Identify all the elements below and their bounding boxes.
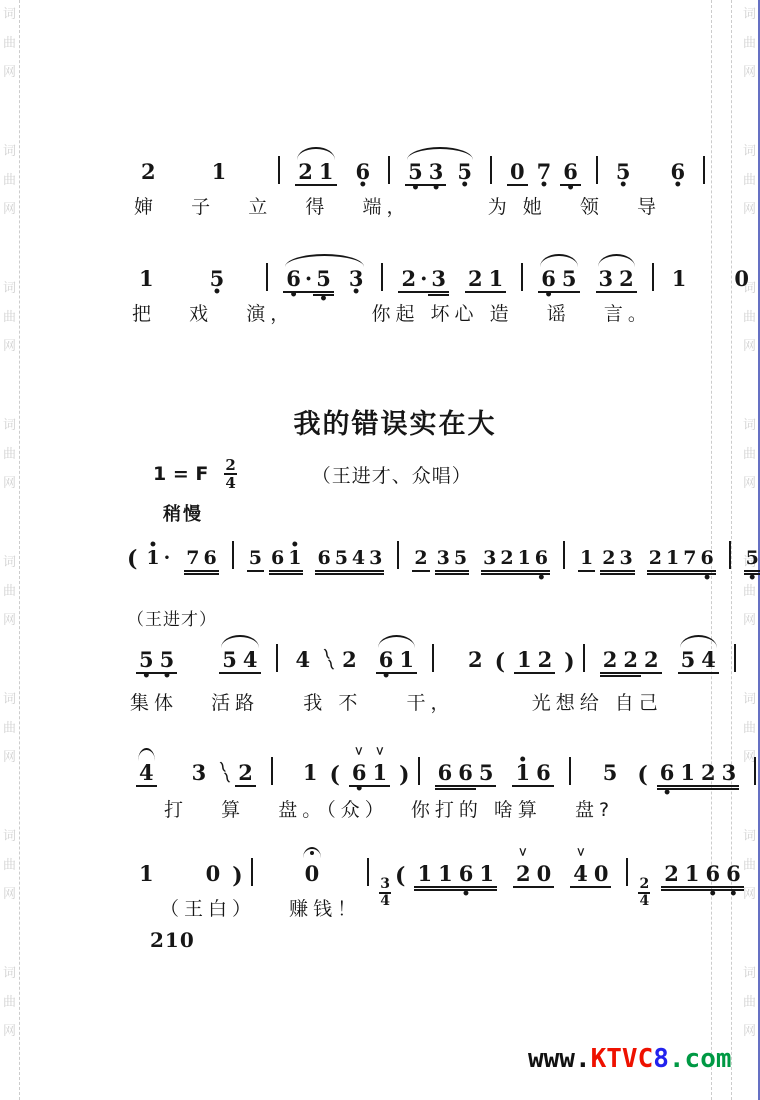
site-watermark-segment: KTVC [591, 1044, 654, 1074]
note: 5• [613, 160, 634, 184]
note: 5• [136, 648, 157, 674]
octave-dot-below-icon: • [382, 669, 391, 683]
octave-dot-below-icon: • [663, 786, 672, 800]
note: 2 [535, 648, 556, 674]
note: 2 [600, 546, 617, 572]
note-group: 665 [435, 761, 497, 787]
site-watermark-segment: www. [528, 1044, 591, 1074]
slur-group: 6•1 [376, 648, 417, 674]
slur-group: 32 [596, 267, 637, 293]
lyrics-line-3: 集体 活路 我 不 干， 光想给 自己 [130, 688, 663, 715]
edge-watermark-char: 网 [743, 614, 756, 627]
note: 2 [641, 648, 662, 674]
barline-icon [652, 263, 654, 291]
barline-icon [271, 757, 273, 785]
note: 1• [512, 761, 533, 787]
left-dashed-rule [19, 0, 20, 1100]
edge-watermark-char: 网 [743, 340, 756, 353]
note: 6• [283, 267, 304, 293]
note-group: 123 [578, 546, 635, 572]
note: 1 [136, 267, 157, 291]
edge-watermark-char: 网 [3, 1025, 16, 1038]
note: 1 [669, 267, 690, 291]
note: 5• [157, 648, 178, 674]
parenthesis: ( [637, 762, 647, 788]
edge-watermark-char: 词 [743, 8, 756, 21]
note: 4 [350, 546, 367, 572]
accent-mark-icon: > [353, 746, 365, 756]
note: 6 [315, 546, 332, 572]
note-group: 2176• [647, 546, 716, 572]
note: 1 [476, 862, 497, 888]
edge-watermark-char: 词 [743, 145, 756, 158]
note: 5 [559, 267, 580, 293]
note: 1• [286, 546, 303, 572]
barline-icon [569, 757, 571, 785]
octave-dot-below-icon: • [708, 887, 717, 901]
parenthesis: ) [564, 649, 574, 675]
music-line-5: 10)034(116•12>04>024216•6•5•0) [128, 858, 760, 894]
music-line-1: 21216•5•3•5•07•6•5•6• [130, 156, 712, 192]
note: 7 [184, 546, 201, 572]
note-group: 5 [600, 761, 621, 785]
edge-watermark-char: 曲 [3, 859, 16, 872]
edge-watermark-char: 词 [3, 967, 16, 980]
note: 3 [367, 546, 384, 572]
time-denominator: 4 [380, 894, 390, 909]
note-group: 6•123 [657, 761, 740, 787]
parenthesis: ) [232, 863, 242, 889]
note-group: 6• [668, 160, 689, 184]
note: 1 [516, 546, 533, 572]
note: 3 [719, 761, 740, 787]
note-group: 5• [207, 267, 228, 291]
note: 5 [476, 761, 497, 787]
inline-time-signature: 34 [379, 877, 391, 910]
note: · [162, 546, 173, 570]
note: 0 [534, 862, 555, 888]
octave-dot-above-icon: • [518, 753, 527, 767]
note: 3• [346, 267, 367, 291]
note: 1 [578, 546, 595, 572]
note-group: 5• [613, 160, 634, 184]
slur-group: 5•3•5• [405, 160, 475, 186]
barline-icon [278, 156, 280, 184]
note: 2 [465, 267, 486, 293]
site-watermark: www.KTVC8.com [528, 1044, 732, 1074]
note: 0 [203, 862, 224, 886]
octave-dot-above-icon: • [290, 538, 299, 552]
note: 0 [302, 862, 323, 886]
singer-label: （王进才） [127, 605, 217, 630]
note: 5• [207, 267, 228, 291]
note-group: 12 [514, 648, 555, 674]
note: 5• [405, 160, 426, 186]
note: 1 [414, 862, 435, 888]
accent-mark-icon: > [517, 847, 529, 857]
note: 6• [657, 761, 678, 787]
note-group: 2 [465, 648, 486, 672]
note: 4> [570, 862, 591, 888]
note: 6• [560, 160, 581, 186]
note: 6 [435, 761, 456, 787]
note: 4 [240, 648, 261, 674]
note: 4 [698, 648, 719, 674]
note-group: 561• [247, 546, 304, 572]
edge-watermark-char: 曲 [3, 311, 16, 324]
time-signature: 2 4 [224, 457, 236, 492]
note-group: 1•· [144, 546, 172, 570]
note: 0 [591, 862, 612, 888]
slur-group: 4 [136, 761, 157, 787]
edge-watermark-char: 网 [743, 1025, 756, 1038]
note: 3 [428, 267, 449, 293]
edge-watermark-char: 网 [3, 340, 16, 353]
edge-watermark-char: 词 [3, 282, 16, 295]
edge-watermark-char: 词 [3, 693, 16, 706]
speech-line: （王白） 赚钱！ [160, 894, 361, 921]
edge-watermark-char: 网 [743, 203, 756, 216]
note-group: 4 [293, 648, 314, 672]
note: 4 [136, 761, 157, 787]
edge-watermark-char: 曲 [743, 311, 756, 324]
barline-icon [754, 757, 756, 785]
time-signature-numerator: 2 [224, 457, 236, 476]
note-group: 0 [302, 862, 323, 886]
edge-watermark-char: 曲 [3, 37, 16, 50]
note: 1 [664, 546, 681, 572]
edge-watermark-char: 曲 [743, 996, 756, 1009]
site-watermark-segment: 8 [653, 1044, 669, 1074]
note: 1 [677, 761, 698, 787]
note-group: 76 [184, 546, 218, 572]
key-signature: 1 = F [153, 463, 208, 485]
octave-dot-below-icon: • [355, 782, 364, 796]
barline-icon [418, 757, 420, 785]
note: 5• [744, 546, 760, 572]
slide-mark-icon: ~~ [213, 758, 232, 776]
parenthesis: ( [127, 546, 137, 572]
note: 6• [668, 160, 689, 184]
note: 5• [313, 267, 334, 293]
note-group: 222 [600, 648, 662, 674]
edge-watermark-char: 曲 [743, 174, 756, 187]
note: 6 [269, 546, 286, 572]
note: 6 [533, 761, 554, 787]
performers-label: （王进才、众唱） [312, 461, 472, 488]
note: 1 [136, 862, 157, 886]
edge-watermark-char: 词 [3, 8, 16, 21]
edge-watermark-char: 词 [3, 145, 16, 158]
barline-icon [381, 263, 383, 291]
note-group: 6•>1> [349, 761, 390, 787]
edge-watermark-char: 网 [3, 203, 16, 216]
octave-dot-below-icon: • [142, 669, 151, 683]
note: 1 [300, 761, 321, 785]
octave-dot-below-icon: • [539, 178, 548, 192]
edge-watermark-char: 曲 [743, 585, 756, 598]
inline-time-signature: 24 [638, 877, 650, 910]
octave-dot-below-icon: • [162, 669, 171, 683]
octave-dot-below-icon: • [748, 571, 757, 585]
note: 7 [681, 546, 698, 572]
note: 5 [678, 648, 699, 674]
site-watermark-segment: .com [669, 1044, 732, 1074]
note: 1> [370, 761, 391, 787]
parenthesis: ) [399, 762, 409, 788]
barline-icon [521, 263, 523, 291]
lyrics-line-2: 把 戏 演， 你起 坏心 造 谣 言。 [132, 299, 652, 326]
octave-dot-below-icon: • [703, 571, 712, 585]
note-group: 2·3 [398, 267, 449, 293]
note-group: 2 [339, 648, 360, 672]
note: 6• [538, 267, 559, 293]
note: 2 [498, 546, 515, 572]
note-group: 1 [136, 267, 157, 291]
edge-watermark-char: 网 [3, 888, 16, 901]
note-group: 116•1 [414, 862, 497, 888]
note: 0 [731, 267, 752, 291]
note-group: 1 [136, 862, 157, 886]
lyrics-line-1: 婶 子 立 得 端， 为 她 领 导 [134, 192, 661, 219]
edge-watermark-char: 曲 [3, 448, 16, 461]
note: 6• [723, 862, 744, 888]
edge-watermark-char: 曲 [743, 37, 756, 50]
barline-icon [251, 858, 253, 886]
note: 6• [456, 862, 477, 888]
barline-icon [563, 541, 565, 569]
edge-watermark-char: 曲 [743, 448, 756, 461]
barline-icon [596, 156, 598, 184]
barline-icon [734, 644, 736, 672]
note: 2 [616, 267, 637, 293]
note: 1 [435, 862, 456, 888]
note: 1 [682, 862, 703, 888]
barline-icon [397, 541, 399, 569]
barline-icon [703, 156, 705, 184]
note: 1 [396, 648, 417, 674]
note: · [304, 267, 313, 293]
time-numerator: 2 [638, 877, 650, 894]
barline-icon [432, 644, 434, 672]
time-denominator: 4 [639, 894, 649, 909]
note: 2> [513, 862, 534, 888]
edge-watermark-char: 网 [3, 477, 16, 490]
note: 2 [138, 160, 159, 184]
note: 3 [189, 761, 210, 785]
note: 2 [235, 761, 256, 787]
edge-watermark-char: 曲 [3, 585, 16, 598]
edge-watermark-char: 词 [743, 419, 756, 432]
note: 5 [452, 546, 469, 572]
time-numerator: 3 [379, 877, 391, 894]
octave-dot-below-icon: • [212, 285, 221, 299]
note: 3 [435, 546, 452, 572]
song-title: 我的错误实在大 [130, 402, 660, 441]
note: 6 [202, 546, 219, 572]
note: 2 [465, 648, 486, 672]
edge-watermark-char: 词 [3, 556, 16, 569]
note: 3 [618, 546, 635, 572]
octave-dot-below-icon: • [358, 178, 367, 192]
note: 0 [507, 160, 528, 186]
note: 5• [454, 160, 475, 184]
note: 2 [647, 546, 664, 572]
note-group: 1•6 [512, 761, 553, 787]
note-group: 0 [203, 862, 224, 886]
note-group: 21 [465, 267, 506, 293]
note: 2 [398, 267, 419, 293]
tempo-marking: 稍慢 [163, 500, 203, 526]
music-line-intro: (1•·76561•65432353216•1232176•5•05•05•0) [126, 541, 760, 577]
note: 3• [426, 160, 447, 186]
music-line-2: 15•6•·5•3•2·3216•53210 [128, 263, 760, 299]
octave-dot-below-icon: • [673, 178, 682, 192]
slur-group: 6•·5•3• [283, 267, 366, 293]
key-time-row: 1 = F 2 4 （王进才、众唱） [153, 459, 472, 489]
slur-group: 54 [219, 648, 260, 674]
note-group: 1 [669, 267, 690, 291]
barline-icon [490, 156, 492, 184]
barline-icon [626, 858, 628, 886]
edge-watermark-char: 词 [3, 830, 16, 843]
barline-icon [367, 858, 369, 886]
barline-icon [583, 644, 585, 672]
note: 2 [412, 546, 429, 572]
scanned-score-page: 词曲网词曲网词曲网词曲网词曲网词曲网词曲网词曲网 词曲网词曲网词曲网词曲网词曲网… [0, 0, 760, 1100]
note: 3 [596, 267, 617, 293]
note: 4 [293, 648, 314, 672]
parenthesis: ( [330, 762, 340, 788]
note: 6• [698, 546, 715, 572]
parenthesis: ( [495, 649, 505, 675]
edge-watermark-char: 词 [743, 830, 756, 843]
fermata-icon [303, 847, 321, 858]
barline-icon [729, 541, 731, 569]
note-group: 5•05•0 [744, 546, 760, 572]
note: 7• [534, 160, 555, 184]
octave-dot-below-icon: • [729, 887, 738, 901]
note: 3 [481, 546, 498, 572]
barline-icon [266, 263, 268, 291]
slide-mark-icon: ~~ [317, 645, 336, 663]
note-group: 3216• [481, 546, 550, 572]
note: 5 [600, 761, 621, 785]
slur-group: 6•5 [538, 267, 579, 293]
note: 1 [514, 648, 535, 674]
note-group: 6• [353, 160, 374, 184]
note-group: 1 [209, 160, 230, 184]
edge-watermark-char: 网 [3, 614, 16, 627]
note-group: 235 [412, 546, 469, 572]
music-line-4: 43~~21(6•>1>)6651•65(6•123 [128, 757, 760, 793]
note: 1 [316, 160, 337, 186]
note: · [419, 267, 428, 293]
music-line-3: 5•5•544~~26•12(12)22254 [128, 644, 743, 680]
lyrics-line-4: 打 算 盘。（众） 你打的 啥算 盘? [164, 795, 614, 822]
octave-dot-below-icon: • [619, 178, 628, 192]
note: 2 [600, 648, 621, 674]
note: 2 [339, 648, 360, 672]
note: 6• [533, 546, 550, 572]
note-group: 216•6• [661, 862, 744, 888]
note: 2 [295, 160, 316, 186]
edge-watermark-char: 网 [3, 751, 16, 764]
octave-dot-below-icon: • [462, 887, 471, 901]
octave-dot-below-icon: • [352, 285, 361, 299]
barline-icon [232, 541, 234, 569]
note: 6• [353, 160, 374, 184]
page-number: 210 [150, 928, 195, 952]
note: 5 [247, 546, 264, 572]
edge-watermark-char: 网 [743, 477, 756, 490]
octave-dot-below-icon: • [537, 571, 546, 585]
note-group: 2>0 [513, 862, 554, 888]
edge-watermark-char: 曲 [3, 996, 16, 1009]
note-group: 2 [138, 160, 159, 184]
slur-group: 54 [678, 648, 719, 674]
note: 2 [698, 761, 719, 787]
note: 1 [209, 160, 230, 184]
note: 1 [486, 267, 507, 293]
note: 1• [144, 546, 161, 570]
note: 2 [620, 648, 641, 674]
edge-watermark-char: 曲 [3, 722, 16, 735]
note-group: 6543 [315, 546, 384, 572]
edge-watermark-char: 词 [743, 967, 756, 980]
note: 5 [219, 648, 240, 674]
accent-mark-icon: > [575, 847, 587, 857]
note-group: 3 [189, 761, 210, 785]
parenthesis: ( [395, 863, 405, 889]
edge-watermark-char: 网 [743, 66, 756, 79]
note-group: 0 [731, 267, 752, 291]
note-group: 07•6• [507, 160, 581, 186]
note: 6•> [349, 761, 370, 787]
note: 6• [376, 648, 397, 674]
barline-icon [276, 644, 278, 672]
barline-icon [388, 156, 390, 184]
note-group: 1 [300, 761, 321, 785]
edge-watermark-char: 词 [3, 419, 16, 432]
note-group: 5•5• [136, 648, 177, 674]
note-group: 4>0 [570, 862, 611, 888]
time-signature-denominator: 4 [225, 475, 235, 492]
accent-mark-icon: > [374, 746, 386, 756]
note: 5 [333, 546, 350, 572]
edge-watermark-char: 曲 [3, 174, 16, 187]
edge-watermark-char: 曲 [743, 722, 756, 735]
edge-watermark-char: 网 [3, 66, 16, 79]
note: 6 [455, 761, 476, 787]
octave-dot-above-icon: • [149, 538, 158, 552]
edge-watermark-char: 词 [743, 693, 756, 706]
note-group: 2 [235, 761, 256, 787]
note: 6• [702, 862, 723, 888]
note: 2 [661, 862, 682, 888]
slur-group: 21 [295, 160, 336, 186]
octave-dot-below-icon: • [460, 178, 469, 192]
